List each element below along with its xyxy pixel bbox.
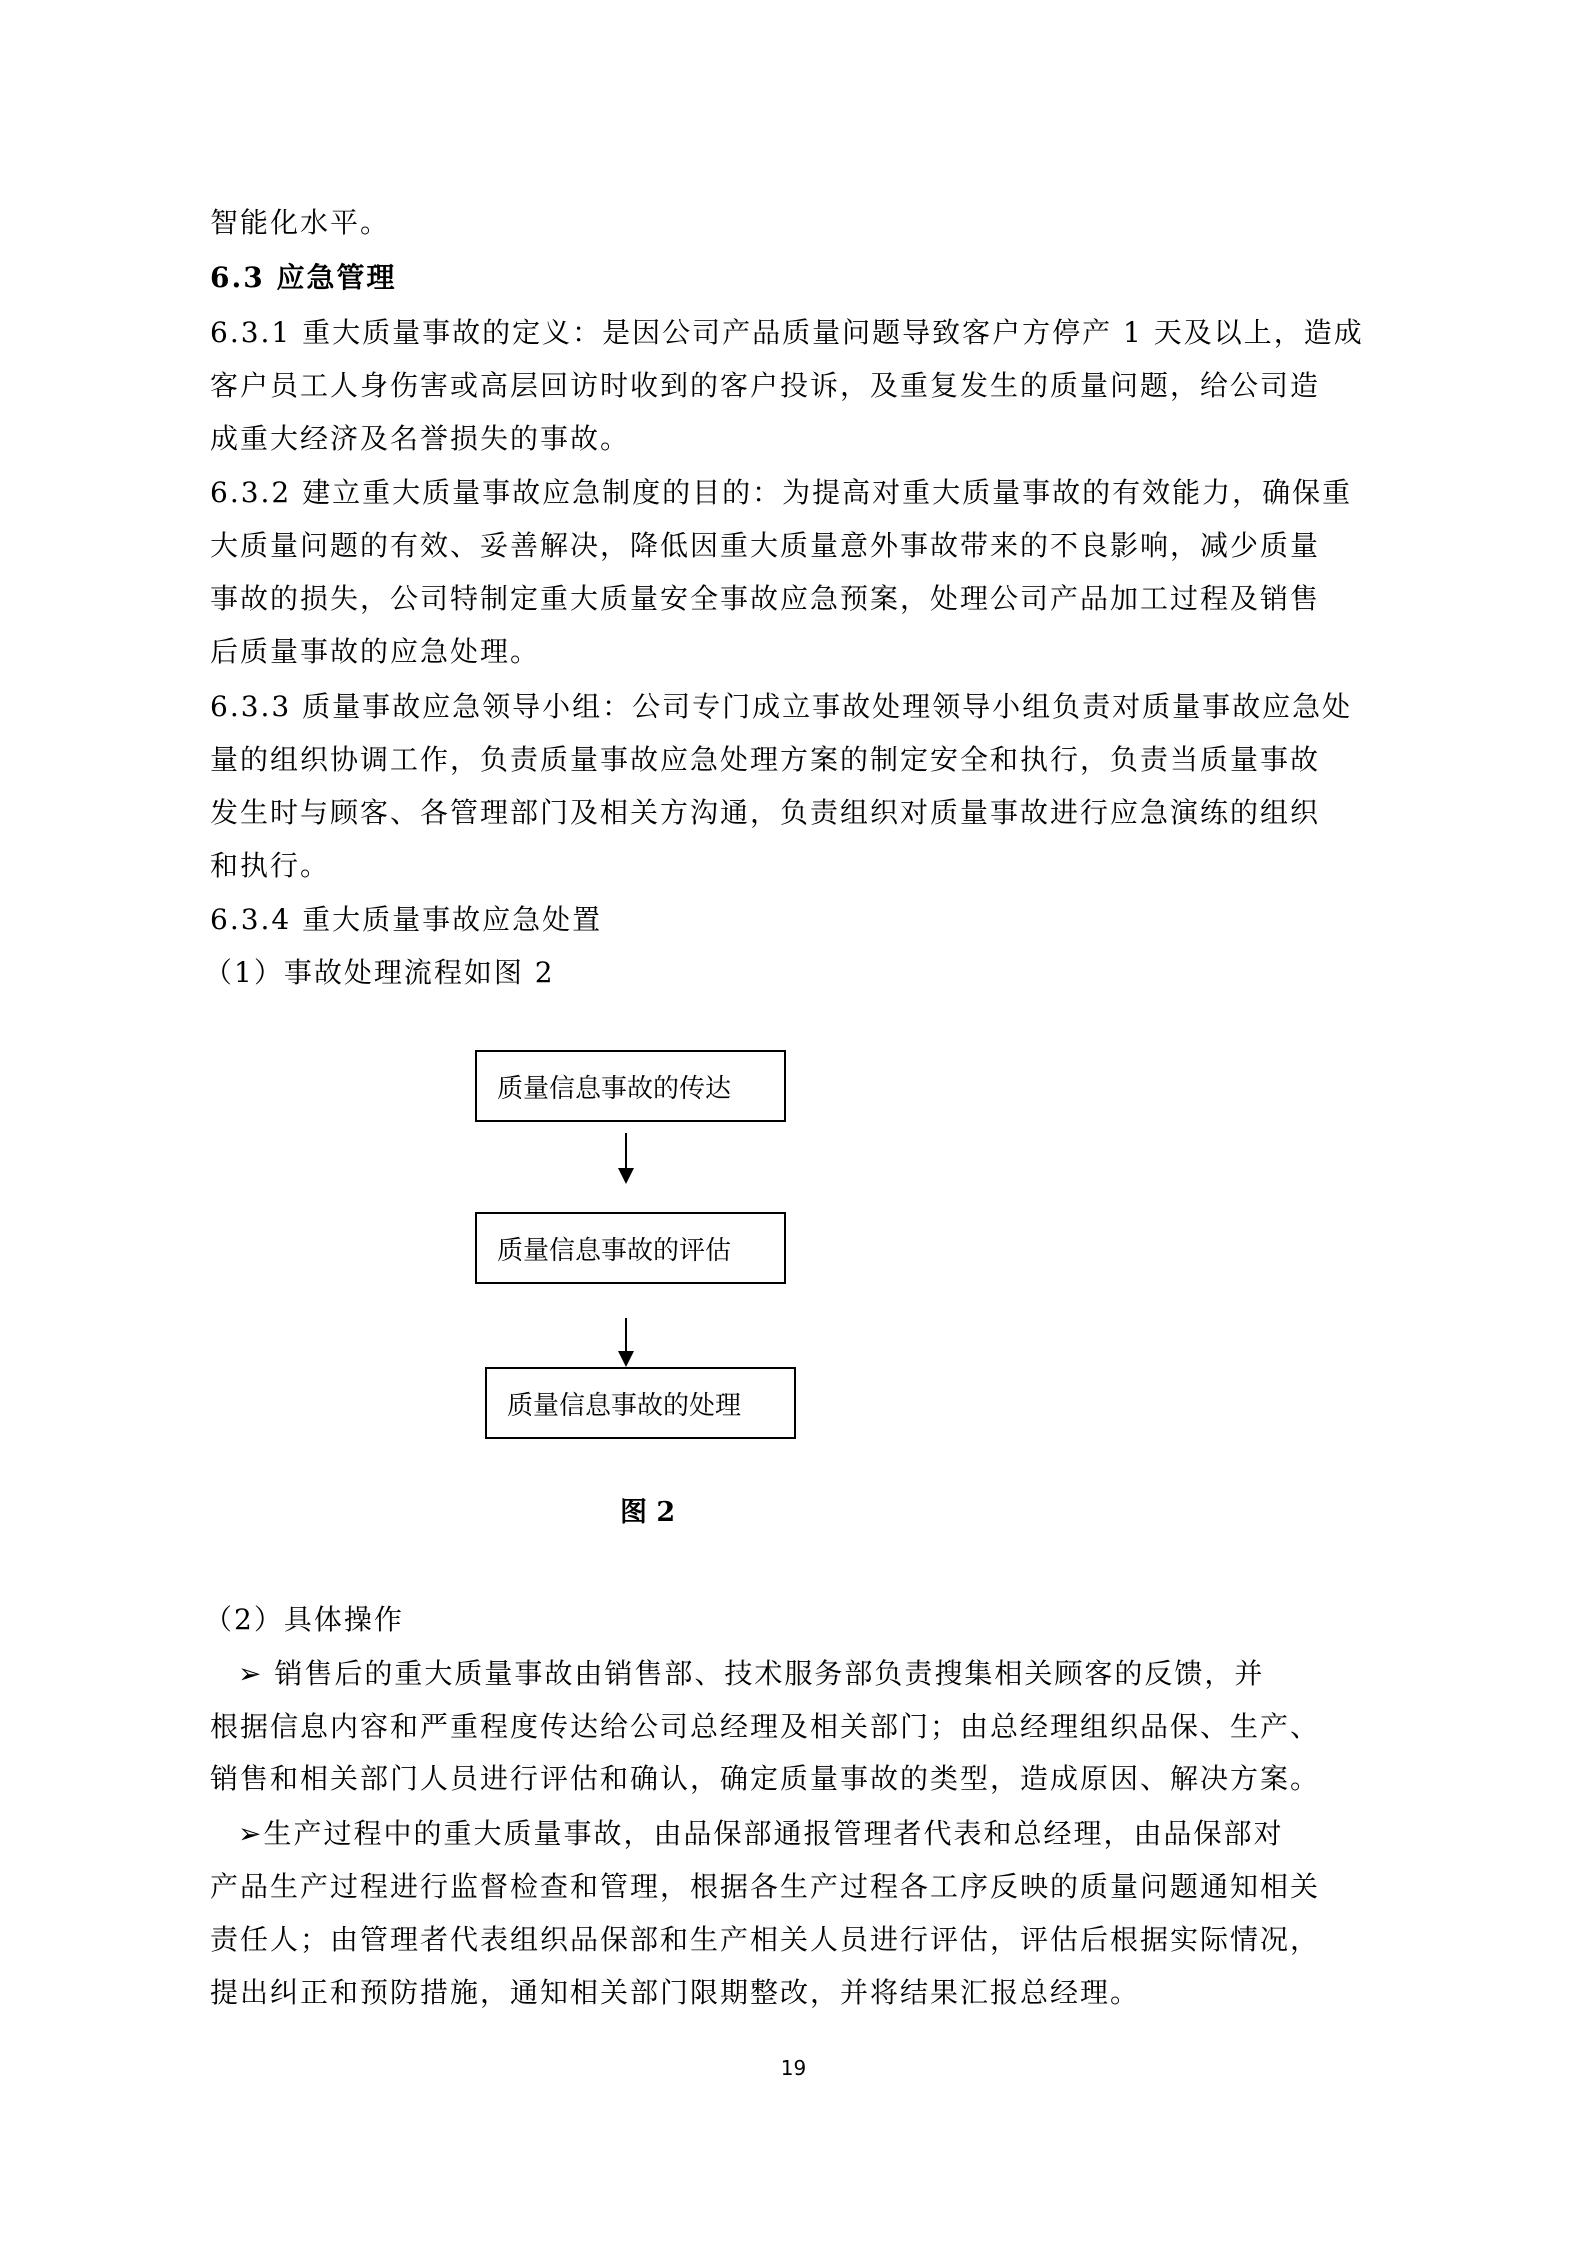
flow-step-1: 质量信息事故的传达 <box>475 1050 786 1122</box>
bullet-2-line: ➢生产过程中的重大质量事故，由品保部通报管理者代表和总经理，由品保部对 <box>238 1807 1418 1860</box>
arrow-down-icon <box>625 1133 627 1173</box>
paragraph-continuation: 智能化水平。 <box>210 196 1390 249</box>
bullet-2-line: 提出纠正和预防措施，通知相关部门限期整改，并将结果汇报总经理。 <box>210 1966 1390 2019</box>
paragraph-6-3-3-line: 发生时与顾客、各管理部门及相关方沟通，负责组织对质量事故进行应急演练的组织 <box>210 786 1390 839</box>
paragraph-6-3-3-line: 6.3.3 质量事故应急领导小组：公司专门成立事故处理领导小组负责对质量事故应急… <box>210 680 1390 733</box>
paragraph-6-3-2-line: 6.3.2 建立重大质量事故应急制度的目的：为提高对重大质量事故的有效能力，确保… <box>210 466 1390 519</box>
bullet-2-line: 产品生产过程进行监督检查和管理，根据各生产过程各工序反映的质量问题通知相关 <box>210 1860 1390 1913</box>
paragraph-6-3-1-line: 客户员工人身伤害或高层回访时收到的客户投诉，及重复发生的质量问题，给公司造 <box>210 359 1390 412</box>
arrow-head-icon <box>618 1351 634 1367</box>
list-item-1: （1）事故处理流程如图 2 <box>204 946 1384 999</box>
flow-step-2: 质量信息事故的评估 <box>475 1212 786 1284</box>
bullet-1-line: 根据信息内容和严重程度传达给公司总经理及相关部门；由总经理组织品保、生产、 <box>210 1700 1390 1753</box>
bullet-2-line: 责任人；由管理者代表组织品保部和生产相关人员进行评估，评估后根据实际情况， <box>210 1913 1390 1966</box>
paragraph-6-3-2-line: 后质量事故的应急处理。 <box>210 625 1390 678</box>
arrow-head-icon <box>618 1168 634 1184</box>
arrow-down-icon <box>625 1318 627 1354</box>
paragraph-6-3-2-line: 事故的损失，公司特制定重大质量安全事故应急预案，处理公司产品加工过程及销售 <box>210 572 1390 625</box>
paragraph-6-3-2-line: 大质量问题的有效、妥善解决，降低因重大质量意外事故带来的不良影响，减少质量 <box>210 519 1390 572</box>
paragraph-6-3-1-line: 6.3.1 重大质量事故的定义：是因公司产品质量问题导致客户方停产 1 天及以上… <box>210 306 1390 359</box>
page-number: 19 <box>0 2056 1587 2080</box>
subsection-heading: 6.3.4 重大质量事故应急处置 <box>210 893 1390 946</box>
bullet-1-line: 销售和相关部门人员进行评估和确认，确定质量事故的类型，造成原因、解决方案。 <box>210 1752 1390 1805</box>
flow-step-3: 质量信息事故的处理 <box>485 1367 796 1439</box>
section-heading: 6.3 应急管理 <box>210 251 1390 304</box>
figure-caption: 图 2 <box>620 1490 675 1529</box>
bullet-1-line: ➢ 销售后的重大质量事故由销售部、技术服务部负责搜集相关顾客的反馈，并 <box>238 1647 1418 1700</box>
paragraph-6-3-3-line: 量的组织协调工作，负责质量事故应急处理方案的制定安全和执行，负责当质量事故 <box>210 733 1390 786</box>
paragraph-6-3-1-line: 成重大经济及名誉损失的事故。 <box>210 412 1390 465</box>
paragraph-6-3-3-line: 和执行。 <box>210 839 1390 892</box>
list-item-2: （2）具体操作 <box>204 1593 1384 1646</box>
